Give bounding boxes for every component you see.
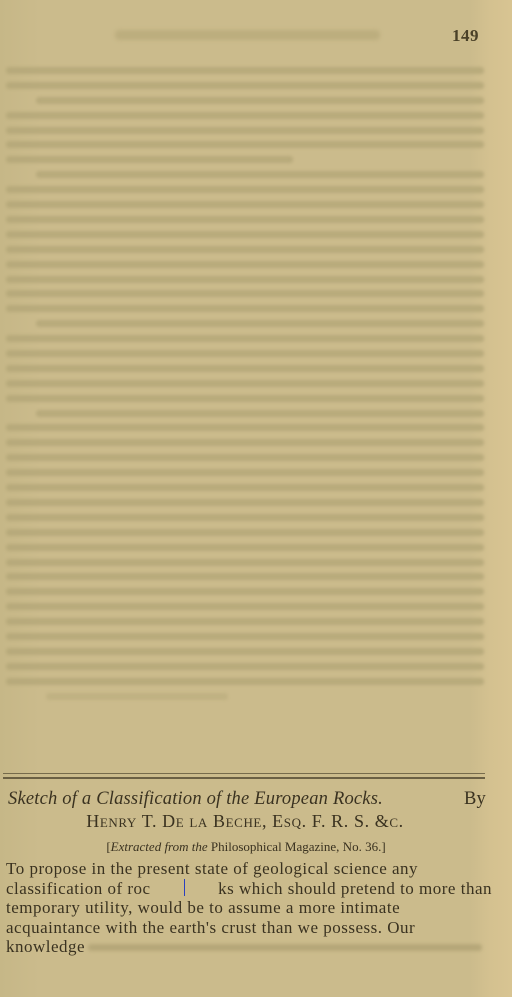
- faded-line: [6, 380, 484, 387]
- faded-line: [6, 246, 484, 253]
- page-number: 149: [452, 26, 479, 46]
- faded-line: [6, 544, 484, 551]
- faded-line: [6, 261, 484, 268]
- body-line-with-caret: classification of rocks which should pre…: [6, 879, 492, 899]
- faded-line: [6, 559, 484, 566]
- body-line: acquaintance with the earth's crust than…: [6, 918, 492, 938]
- faded-line: [36, 97, 484, 104]
- article-title-by: By: [464, 789, 486, 810]
- faded-line: [6, 276, 484, 283]
- bracket-close: ]: [381, 839, 385, 854]
- faded-line: [6, 514, 484, 521]
- faded-line: [36, 410, 484, 417]
- divider-rule-thin: [3, 773, 485, 774]
- body-line: To propose in the present state of geolo…: [6, 859, 492, 879]
- faded-line: [6, 648, 484, 655]
- source-citation: [Extracted from the Philosophical Magazi…: [0, 839, 492, 855]
- faded-line: [6, 603, 484, 610]
- article-title-text: Sketch of a Classification of the Europe…: [8, 789, 383, 809]
- faded-line: [6, 454, 484, 461]
- faded-line: [46, 693, 228, 700]
- faded-line: [6, 201, 484, 208]
- article-title: Sketch of a Classification of the Europe…: [8, 789, 486, 810]
- faded-line: [6, 663, 484, 670]
- faded-line: [6, 484, 484, 491]
- faded-line: [6, 395, 484, 402]
- document-page: 149: [0, 0, 512, 997]
- source-italic: Extracted from the: [111, 839, 208, 854]
- text-caret-icon: [184, 879, 185, 896]
- body-paragraph[interactable]: To propose in the present state of geolo…: [6, 859, 492, 957]
- faded-line: [6, 216, 484, 223]
- faded-line: [6, 67, 484, 74]
- body-line: temporary utility, would be to assume a …: [6, 898, 492, 918]
- faded-line: [6, 618, 484, 625]
- faded-line: [6, 186, 484, 193]
- faded-line: [36, 171, 484, 178]
- faded-line: [6, 156, 293, 163]
- text-after-caret: ks which should pretend to more than: [218, 879, 492, 899]
- faded-line: [6, 573, 484, 580]
- faded-line: [6, 112, 484, 119]
- faded-line: [6, 305, 484, 312]
- faded-line: [6, 678, 484, 685]
- faded-line-trailing: [88, 944, 482, 951]
- faded-line: [6, 290, 484, 297]
- faded-line: [6, 633, 484, 640]
- faded-line: [6, 469, 484, 476]
- faded-line: [6, 335, 484, 342]
- text-before-caret: classification of roc: [6, 879, 151, 899]
- faded-line: [6, 82, 484, 89]
- faded-body-text: [6, 67, 484, 707]
- faded-line: [6, 350, 484, 357]
- source-roman: Philosophical Magazine, No. 36.: [208, 839, 382, 854]
- faded-line: [6, 231, 484, 238]
- faded-line: [6, 499, 484, 506]
- faded-line: [6, 127, 484, 134]
- running-head-faded: [115, 30, 380, 40]
- faded-line: [6, 529, 484, 536]
- faded-line: [6, 365, 484, 372]
- faded-line: [6, 588, 484, 595]
- faded-line: [36, 320, 484, 327]
- author-line: Henry T. De la Beche, Esq. F. R. S. &c.: [0, 811, 490, 832]
- faded-line: [6, 141, 484, 148]
- faded-line: [6, 424, 484, 431]
- faded-line: [6, 439, 484, 446]
- divider-rule-thick: [3, 777, 485, 779]
